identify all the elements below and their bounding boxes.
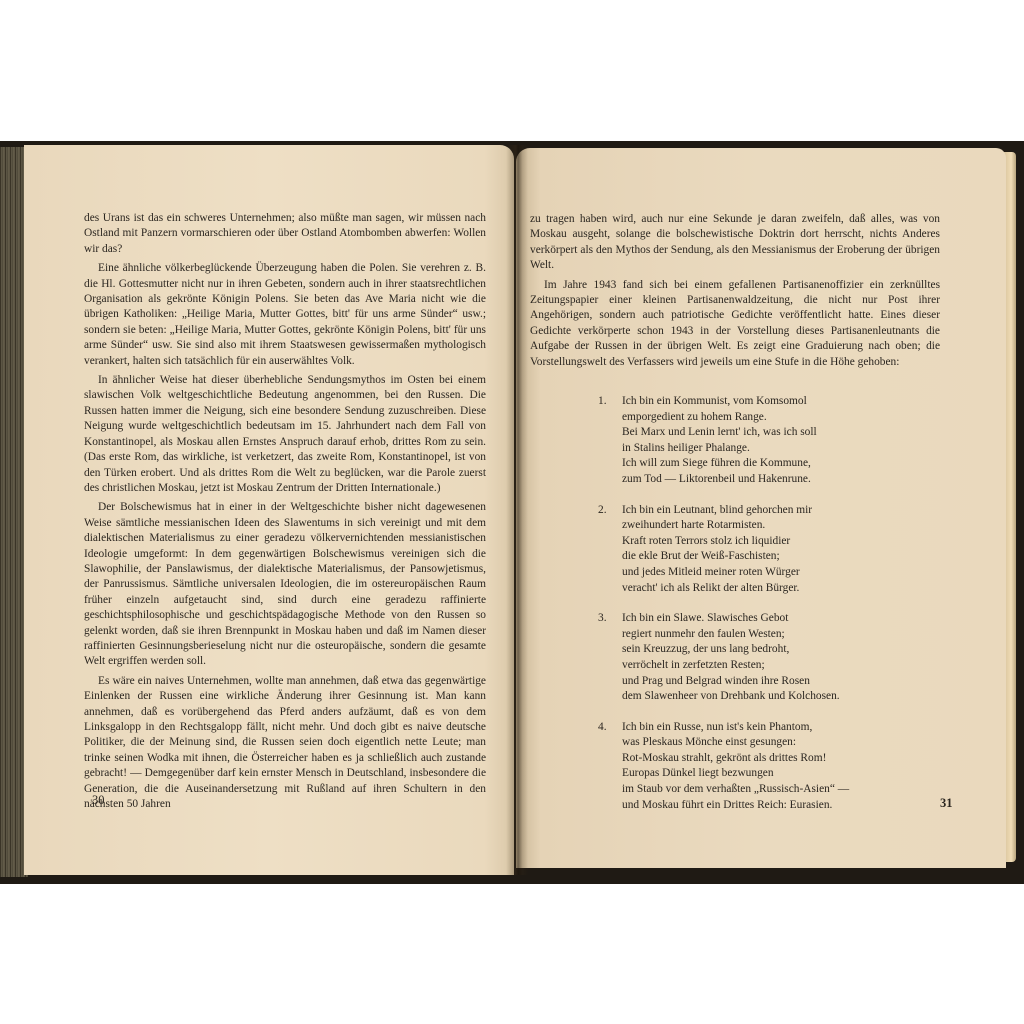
poem-line: im Staub vor dem verhaßten „Russisch-Asi… [622, 782, 849, 798]
poem-line: Ich bin ein Leutnant, blind gehorchen mi… [622, 503, 812, 519]
right-page: zu tragen haben wird, auch nur eine Seku… [516, 148, 1006, 868]
poem-stanza: 2. Ich bin ein Leutnant, blind gehorchen… [598, 503, 958, 597]
poem-line: dem Slawenheer von Drehbank und Kolchose… [622, 689, 840, 705]
poem-line: und jedes Mitleid meiner roten Würger [622, 565, 812, 581]
poem-line: in Stalins heiliger Phalange. [622, 441, 817, 457]
poem-line: und Moskau führt ein Drittes Reich: Eura… [622, 798, 849, 814]
stanza-number: 4. [598, 720, 622, 814]
poem-line: die ekle Brut der Weiß-Faschisten; [622, 549, 812, 565]
poem-line: regiert nunmehr den faulen Westen; [622, 627, 840, 643]
poem-line: sein Kreuzzug, der uns lang bedroht, [622, 642, 840, 658]
poem-line: Bei Marx und Lenin lernt' ich, was ich s… [622, 425, 817, 441]
poem-line: zum Tod — Liktorenbeil und Hakenrune. [622, 472, 817, 488]
page-number: 30 [92, 793, 105, 808]
poem-stanza: 3. Ich bin ein Slawe. Slawisches Gebot r… [598, 611, 958, 705]
poem-line: was Pleskaus Mönche einst gesungen: [622, 735, 849, 751]
paragraph: Eine ähnliche völkerbeglückende Überzeug… [84, 261, 486, 369]
left-page-body: des Urans ist das ein schweres Unternehm… [84, 211, 486, 816]
poem-line: Europas Dünkel liegt bezwungen [622, 766, 849, 782]
poem-stanza: 4. Ich bin ein Russe, nun ist's kein Pha… [598, 720, 958, 814]
poem-line: Ich bin ein Kommunist, vom Komsomol [622, 394, 817, 410]
poem-line: Rot-Moskau strahlt, gekrönt als drittes … [622, 751, 849, 767]
poem-line: Ich bin ein Slawe. Slawisches Gebot [622, 611, 840, 627]
poem-line: Ich will zum Siege führen die Kommune, [622, 456, 817, 472]
poem-line: Kraft roten Terrors stolz ich liquidier [622, 534, 812, 550]
poem: 1. Ich bin ein Kommunist, vom Komsomol e… [598, 394, 958, 828]
paragraph: Der Bolschewismus hat in einer in der We… [84, 500, 486, 669]
stanza-number: 3. [598, 611, 622, 705]
paragraph: In ähnlicher Weise hat dieser überheblic… [84, 373, 486, 496]
poem-line: emporgedient zu hohem Range. [622, 410, 817, 426]
poem-line: verröchelt in zerfetzten Resten; [622, 658, 840, 674]
poem-line: Ich bin ein Russe, nun ist's kein Phanto… [622, 720, 849, 736]
paragraph: Im Jahre 1943 fand sich bei einem gefall… [530, 278, 940, 370]
paragraph: des Urans ist das ein schweres Unternehm… [84, 211, 486, 257]
stanza-number: 1. [598, 394, 622, 488]
left-page: des Urans ist das ein schweres Unternehm… [24, 145, 514, 875]
poem-stanza: 1. Ich bin ein Kommunist, vom Komsomol e… [598, 394, 958, 488]
page-number: 31 [940, 796, 953, 811]
poem-line: zweihundert harte Rotarmisten. [622, 518, 812, 534]
stanza-number: 2. [598, 503, 622, 597]
paragraph: Es wäre ein naives Unternehmen, wollte m… [84, 674, 486, 813]
paragraph: zu tragen haben wird, auch nur eine Seku… [530, 212, 940, 274]
poem-line: veracht' ich als Relikt der alten Bürger… [622, 581, 812, 597]
right-page-body: zu tragen haben wird, auch nur eine Seku… [530, 212, 940, 374]
poem-line: und Prag und Belgrad winden ihre Rosen [622, 674, 840, 690]
